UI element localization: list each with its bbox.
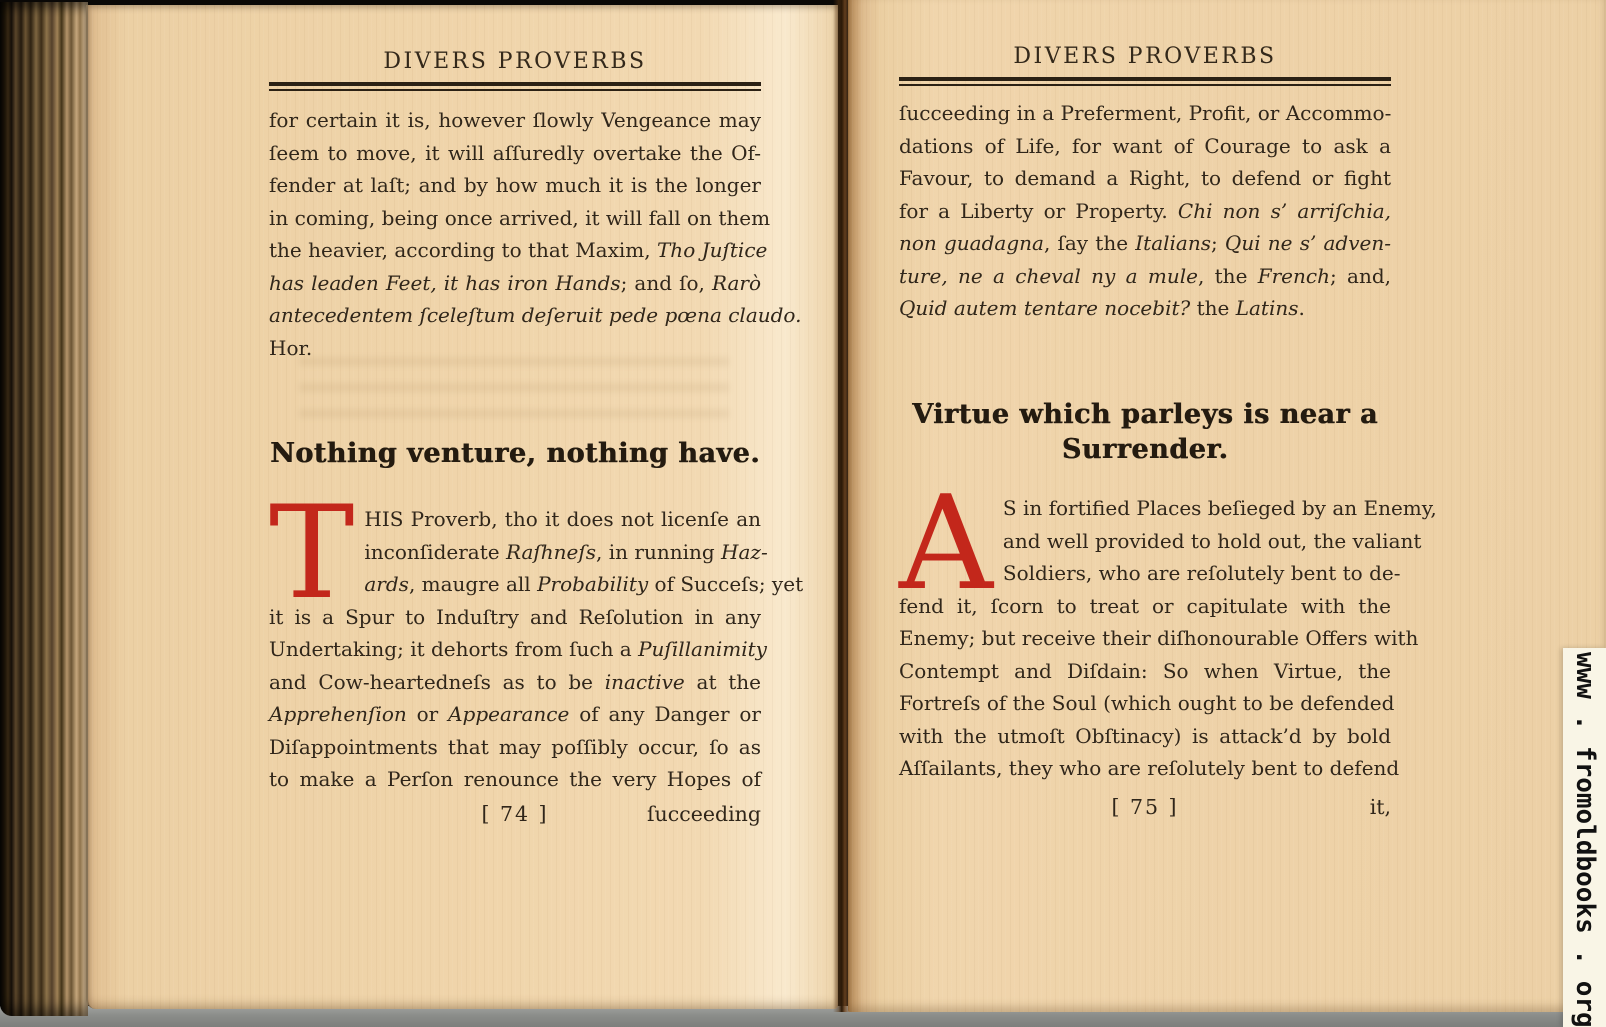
- text-line: Fortreſs of the Soul (which ought to be …: [899, 687, 1391, 720]
- text-line: ſucceeding in a Preferment, Profit, or A…: [899, 97, 1391, 130]
- text-line: with the utmoſt Obſtinacy) is attack’d b…: [899, 720, 1391, 753]
- text-line: and Cow-heartedneſs as to be inactive at…: [269, 666, 761, 699]
- text-line: Favour, to demand a Right, to defend or …: [899, 162, 1391, 195]
- text-line: Enemy; but receive their diſhonourable O…: [899, 622, 1391, 655]
- right-page: DIVERS PROVERBS ſucceeding in a Preferme…: [848, 0, 1606, 1012]
- right-text-column: DIVERS PROVERBS ſucceeding in a Preferme…: [899, 0, 1391, 1012]
- text-line: antecedentem ſceleſtum deſeruit pede pœn…: [269, 299, 761, 332]
- watermark-text: www . fromoldbooks . org: [1570, 652, 1600, 1027]
- text-line: Aſſailants, they who are reſolutely bent…: [899, 752, 1391, 785]
- text-line: in coming, being once arrived, it will f…: [269, 202, 761, 235]
- proverb-title-right-line1: Virtue which parleys is near a: [899, 397, 1391, 432]
- body-paragraph-right: A S in fortified Places beſieged by an E…: [899, 492, 1391, 785]
- proverb-title-right-line2: Surrender.: [899, 432, 1391, 467]
- text-line: for a Liberty or Property. Chi non s’ ar…: [899, 195, 1391, 228]
- text-line: Contempt and Diſdain: So when Virtue, th…: [899, 655, 1391, 688]
- page-number-75: [ 75 ]: [899, 795, 1391, 819]
- text-line: Apprehenſion or Appearance of any Danger…: [269, 698, 761, 731]
- text-line: ſeem to move, it will aſſuredly overtake…: [269, 137, 761, 170]
- running-head-right: DIVERS PROVERBS: [899, 44, 1391, 69]
- text-line: fend it, ſcorn to treat or capitulate wi…: [899, 590, 1391, 623]
- left-page: DIVERS PROVERBS for certain it is, howev…: [86, 5, 838, 1009]
- catchword-right: it,: [1370, 795, 1391, 819]
- text-line: it is a Spur to Induſtry and Reſolution …: [269, 601, 761, 634]
- head-rule-right: [899, 77, 1391, 86]
- intro-paragraph-left: for certain it is, however ſlowly Vengea…: [269, 104, 761, 364]
- footer-left: [ 74 ] ſucceeding: [269, 802, 761, 835]
- intro-paragraph-right: ſucceeding in a Preferment, Profit, or A…: [899, 97, 1391, 325]
- proverb-title-right: Virtue which parleys is near a Surrender…: [899, 397, 1391, 467]
- book-photo: DIVERS PROVERBS for certain it is, howev…: [0, 0, 1606, 1027]
- text-line: to make a Perſon renounce the very Hopes…: [269, 763, 761, 796]
- head-rule-left: [269, 82, 761, 91]
- page-edge-stack: [0, 2, 88, 1016]
- drop-cap-a: A: [899, 495, 993, 589]
- text-line: Undertaking; it dehorts from ſuch a Puſi…: [269, 633, 761, 666]
- proverb-title-left: Nothing venture, nothing have.: [269, 438, 761, 469]
- catchword-left: ſucceeding: [647, 802, 761, 826]
- drop-cap-t: T: [269, 506, 354, 600]
- running-head-left: DIVERS PROVERBS: [269, 49, 761, 74]
- text-line: Diſappointments that may poſſibly occur,…: [269, 731, 761, 764]
- text-line: ture, ne a cheval ny a mule, the French;…: [899, 260, 1391, 293]
- footer-right: [ 75 ] it,: [899, 795, 1391, 828]
- text-line: has leaden Feet, it has iron Hands; and …: [269, 267, 761, 300]
- page-show-through: [299, 357, 729, 433]
- body-paragraph-left: T HIS Proverb, tho it does not licenſe a…: [269, 503, 761, 796]
- text-line: dations of Life, for want of Courage to …: [899, 130, 1391, 163]
- text-line: non guadagna, ſay the Italians; Qui ne s…: [899, 227, 1391, 260]
- left-text-column: DIVERS PROVERBS for certain it is, howev…: [269, 5, 761, 1009]
- gutter-shadow: [833, 0, 849, 1012]
- text-line: the heavier, according to that Maxim, Th…: [269, 234, 761, 267]
- watermark-strip: www . fromoldbooks . org: [1563, 648, 1606, 1027]
- text-line: Quid autem tentare nocebit? the Latins.: [899, 292, 1391, 325]
- text-line: for certain it is, however ſlowly Vengea…: [269, 104, 761, 137]
- text-line: fender at laſt; and by how much it is th…: [269, 169, 761, 202]
